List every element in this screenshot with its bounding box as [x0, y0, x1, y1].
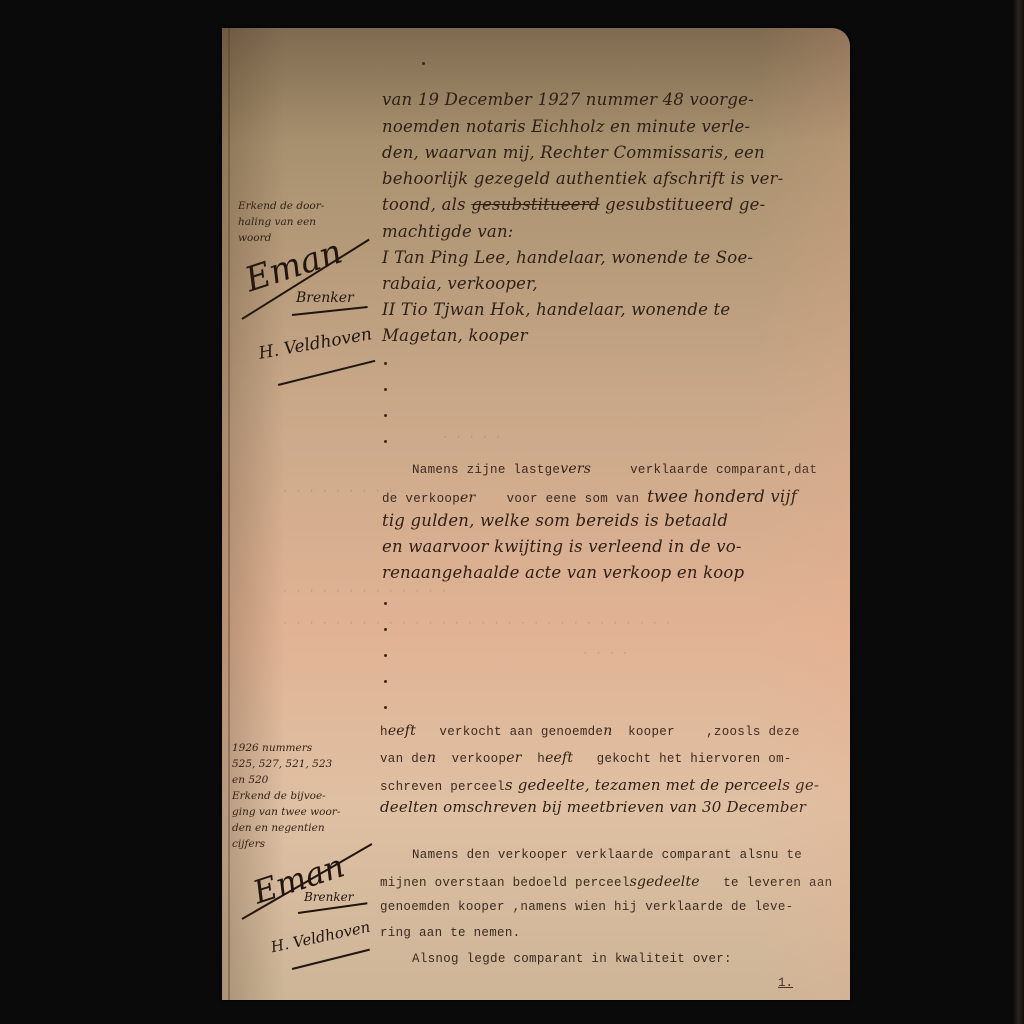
show-through-text: · · · · [582, 648, 628, 660]
para1-line-4: en waarvoor kwijting is verleend in de v… [382, 537, 742, 556]
ink-dot [384, 602, 387, 605]
party-2-line-1: II Tio Tjwan Hok, handelaar, wonende te [382, 300, 730, 319]
ink-dot [384, 628, 387, 631]
hand-line-1: van 19 December 1927 nummer 48 voorge- [382, 90, 754, 109]
signature-witness-2-bottom: H. Veldhoven [269, 918, 372, 957]
signature-witness-1-top: Brenker [296, 290, 354, 306]
para3-line-2: mijnen overstaan bedoeld perceelsgedeelt… [380, 874, 832, 890]
party-1-line-2: rabaia, verkooper, [382, 274, 538, 293]
para1-line-1: Namens zijne lastgevers verklaarde compa… [412, 461, 817, 477]
para3-line-1: Namens den verkooper verklaarde comparan… [412, 848, 802, 862]
para2-line-2: van den verkooper heeft gekocht het hier… [380, 750, 792, 766]
ink-dot [384, 414, 387, 417]
signature-witness-2-top: H. Veldhoven [257, 324, 373, 364]
page-marker: 1. [778, 976, 793, 990]
party-2-line-2: Magetan, kooper [382, 326, 528, 345]
adjacent-page-edge [1014, 0, 1024, 1024]
ink-dot [384, 362, 387, 365]
party-1-line-1: I Tan Ping Lee, handelaar, wonende te So… [382, 248, 753, 267]
show-through-text: · · · · · · · · · [282, 486, 394, 498]
hand-line-6: machtigde van: [382, 222, 514, 241]
signature-underline [292, 949, 370, 970]
show-through-text: · · · · · [442, 432, 501, 444]
para3-line-3: genoemden kooper ,namens wien hij verkla… [380, 900, 793, 914]
hand-line-5b: gesubstitueerd ge- [605, 195, 765, 214]
ink-dot [422, 62, 425, 65]
para1-line-5: renaangehaalde acte van verkoop en koop [382, 563, 744, 582]
ink-dot [384, 680, 387, 683]
para3-line-5: Alsnog legde comparant in kwaliteit over… [412, 952, 732, 966]
para2-line-3: schreven perceels gedeelte, tezamen met … [380, 776, 819, 794]
show-through-text: · · · · · · · · · · · · · · · · · · · · … [282, 618, 671, 630]
para1-line-2: de verkooper voor eene som van twee hond… [382, 487, 797, 506]
struck-word: gesubstitueerd [471, 195, 599, 214]
show-through-text: · · · · · · · · · · · · · [282, 586, 447, 598]
signature-underline [292, 306, 368, 315]
para2-line-1: heeft verkocht aan genoemden kooper ,zoo… [380, 723, 800, 739]
margin-note-bottom: 1926 nummers 525, 527, 521, 523 en 520 E… [232, 740, 340, 852]
hand-line-3: den, waarvan mij, Rechter Commissaris, e… [382, 143, 765, 162]
ink-dot [384, 440, 387, 443]
signature-witness-1-bottom: Brenker [304, 890, 354, 904]
document-page: van 19 December 1927 nummer 48 voorge- n… [222, 28, 850, 1000]
hand-line-5a: toond, als [382, 195, 466, 214]
ink-dot [384, 388, 387, 391]
ink-dot [384, 654, 387, 657]
signature-underline [278, 360, 375, 386]
hand-line-2: noemden notaris Eichholz en minute verle… [382, 117, 750, 136]
para3-line-4: ring aan te nemen. [380, 926, 520, 940]
para2-line-4: deelten omschreven bij meetbrieven van 3… [380, 798, 806, 816]
hand-line-4: behoorlijk gezegeld authentiek afschrift… [382, 169, 783, 188]
binding-edge [228, 28, 230, 1000]
ink-dot [384, 706, 387, 709]
hand-line-5: toond, als gesubstitueerd gesubstitueerd… [382, 195, 765, 214]
para1-line-3: tig gulden, welke som bereids is betaald [382, 511, 728, 530]
